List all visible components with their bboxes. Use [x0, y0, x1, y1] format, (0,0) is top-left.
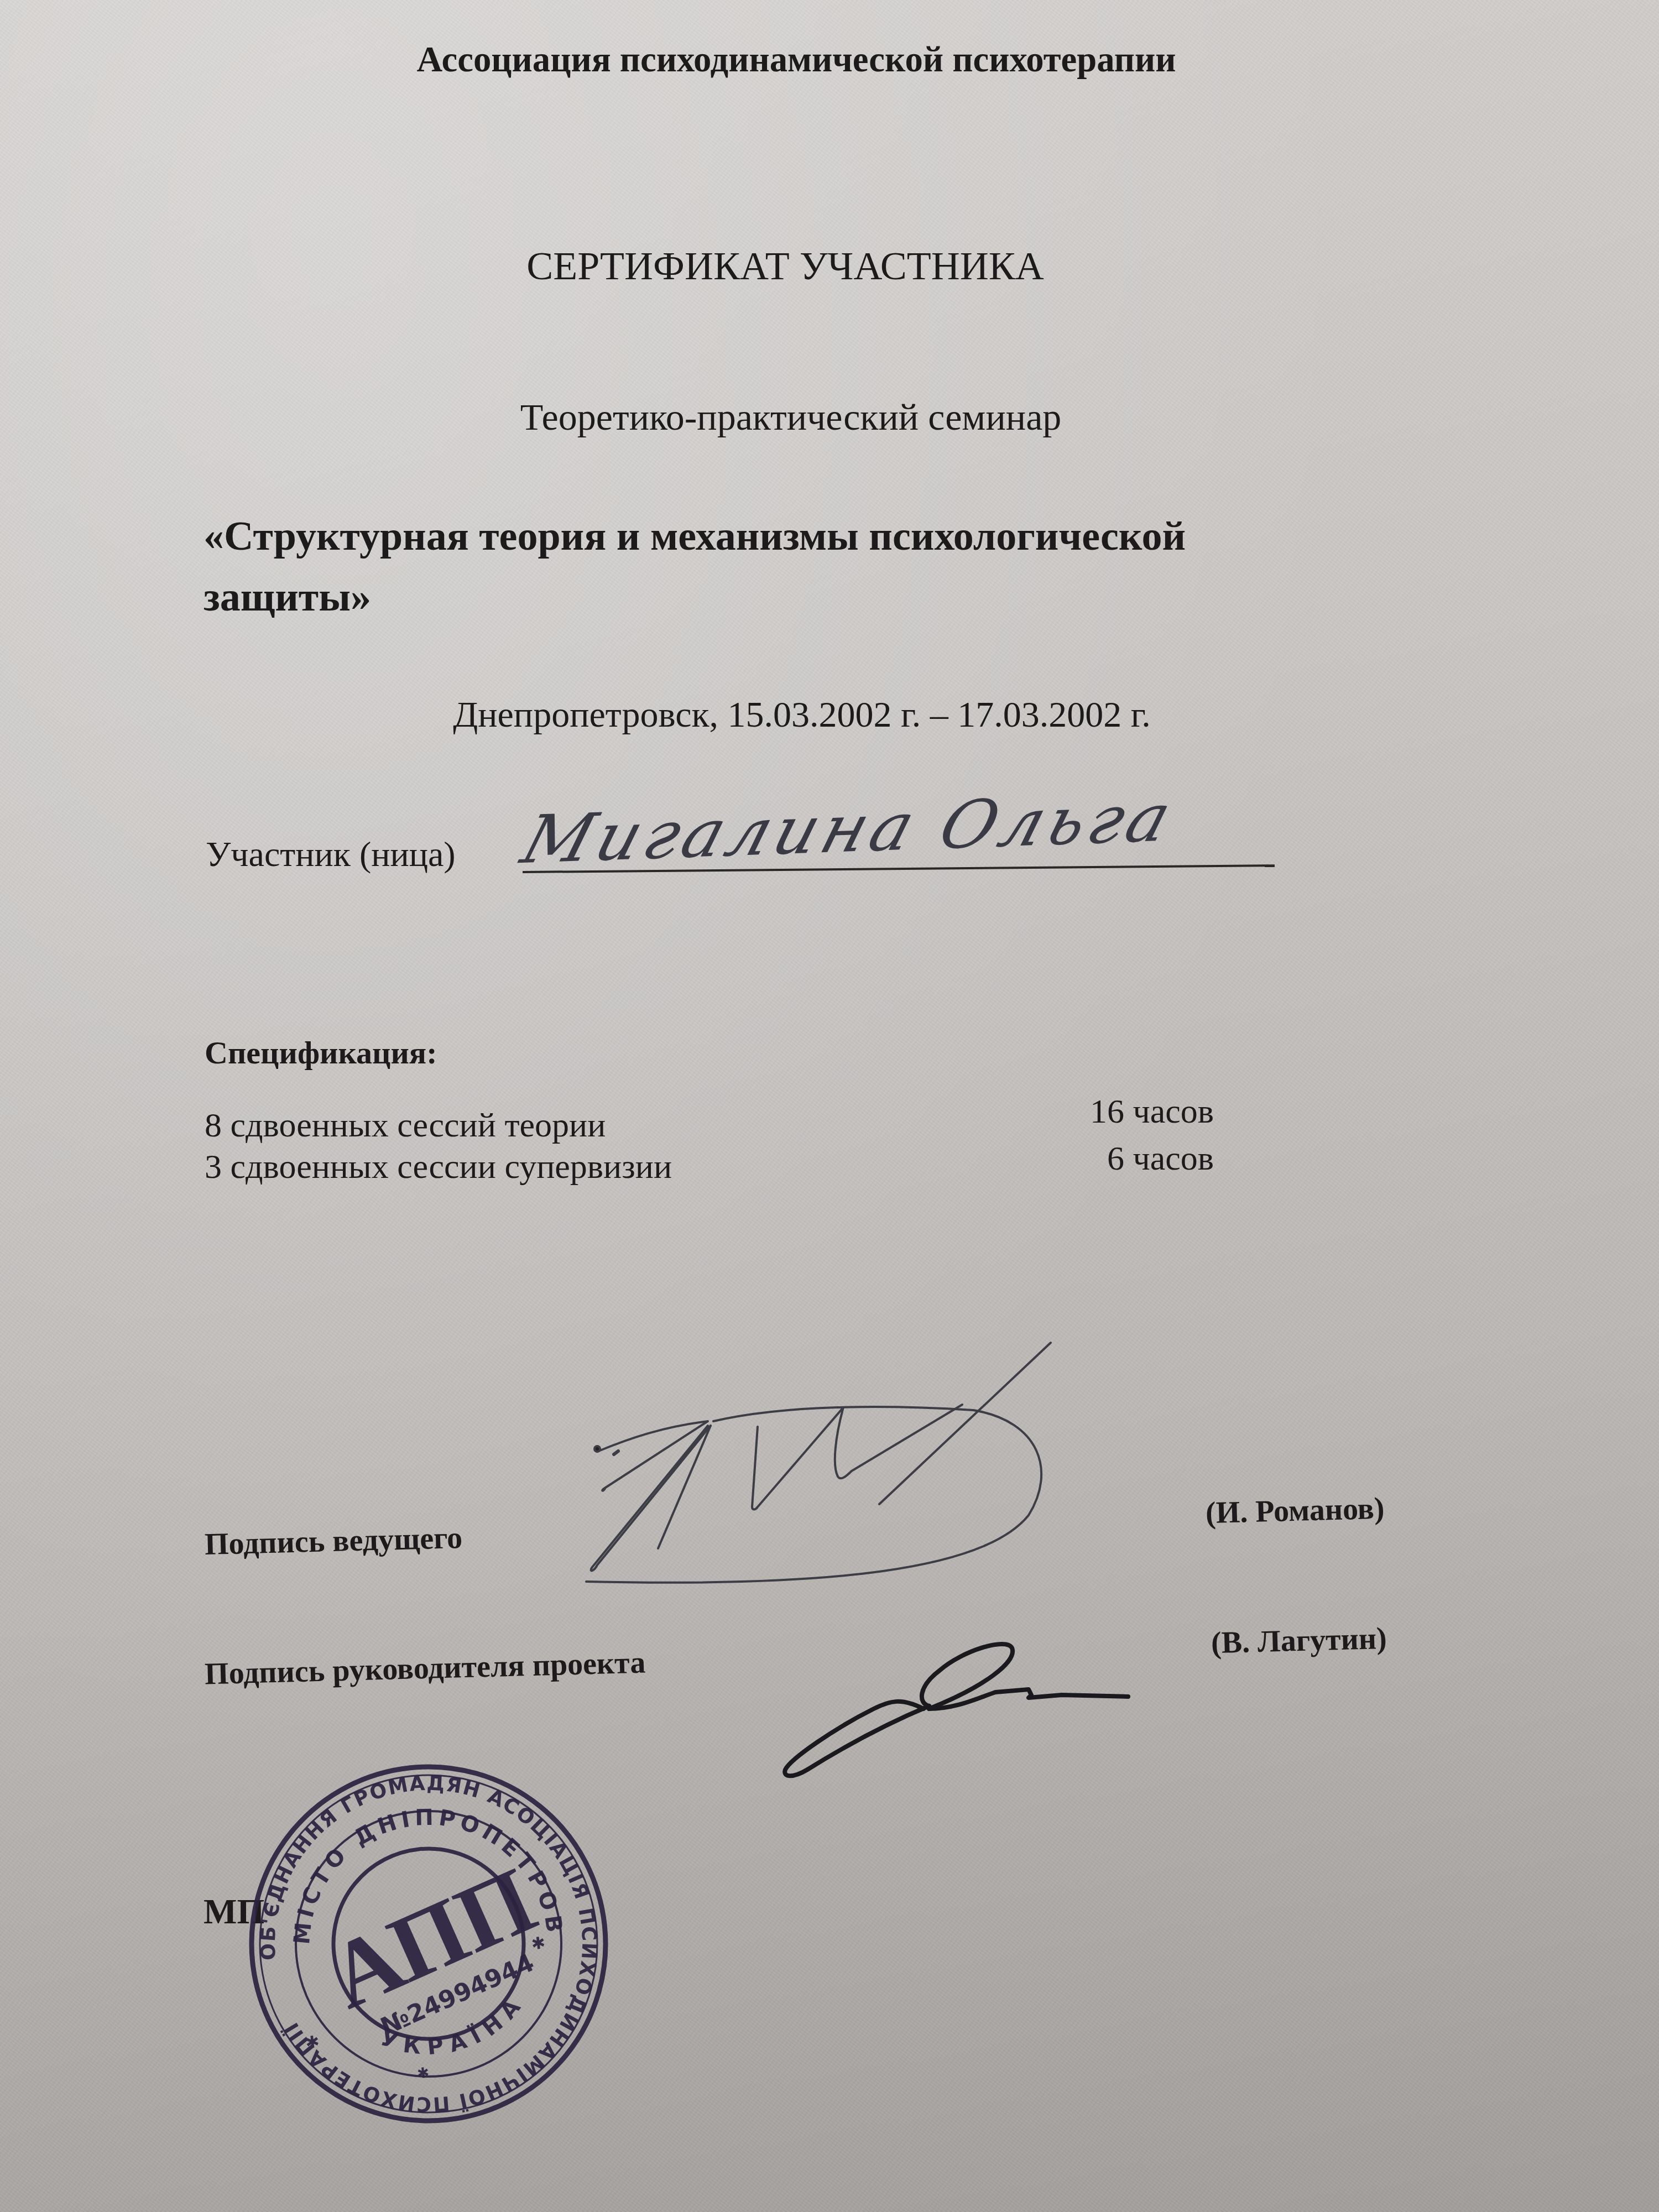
lead-signature-label: Подпись ведущего	[204, 1520, 463, 1562]
project-lead-signature-label: Подпись руководителя проекта	[204, 1645, 646, 1692]
svg-text:✱: ✱	[416, 2064, 430, 2082]
spec-row-hours: 6 часов	[993, 1139, 1214, 1178]
spec-row-label: 8 сдвоенных сессий теории	[205, 1106, 606, 1145]
seminar-name: «Структурная теория и механизмы психолог…	[204, 506, 1475, 628]
participant-label: Участник (ница)	[206, 834, 456, 875]
seminar-name-line-2: защиты»	[204, 567, 1475, 628]
spec-row-label: 3 сдвоенных сессии супервизии	[205, 1147, 672, 1187]
specification-heading: Спецификация:	[205, 1034, 437, 1071]
seminar-name-line-1: «Структурная теория и механизмы психолог…	[204, 506, 1475, 567]
participant-handwritten-name: Мигалина Ольга	[514, 780, 1184, 879]
organization-title: Ассоциация психодинамической психотерапи…	[16, 39, 1577, 81]
lead-name: (И. Романов)	[1205, 1491, 1385, 1531]
svg-text:✱: ✱	[305, 2032, 321, 2053]
project-lead-name: (В. Лагутин)	[1211, 1621, 1387, 1661]
spec-row-hours: 16 часов	[993, 1092, 1214, 1131]
project-lead-signature-icon	[763, 1620, 1150, 1797]
seminar-type: Теоретико-практический семинар	[0, 395, 1582, 439]
city-and-dates: Днепропетровск, 15.03.2002 г. – 17.03.20…	[0, 694, 1631, 736]
organization-seal-icon: ОБ'ЄДНАННЯ ГРОМАДЯН АСОЦІАЦІЯ ПСИХОДИНАМ…	[225, 1740, 632, 2147]
certificate-title: СЕРТИФИКАТ УЧАСТНИКА	[0, 243, 1571, 289]
svg-text:✱: ✱	[530, 1933, 546, 1954]
lead-signature-icon	[553, 1327, 1106, 1631]
